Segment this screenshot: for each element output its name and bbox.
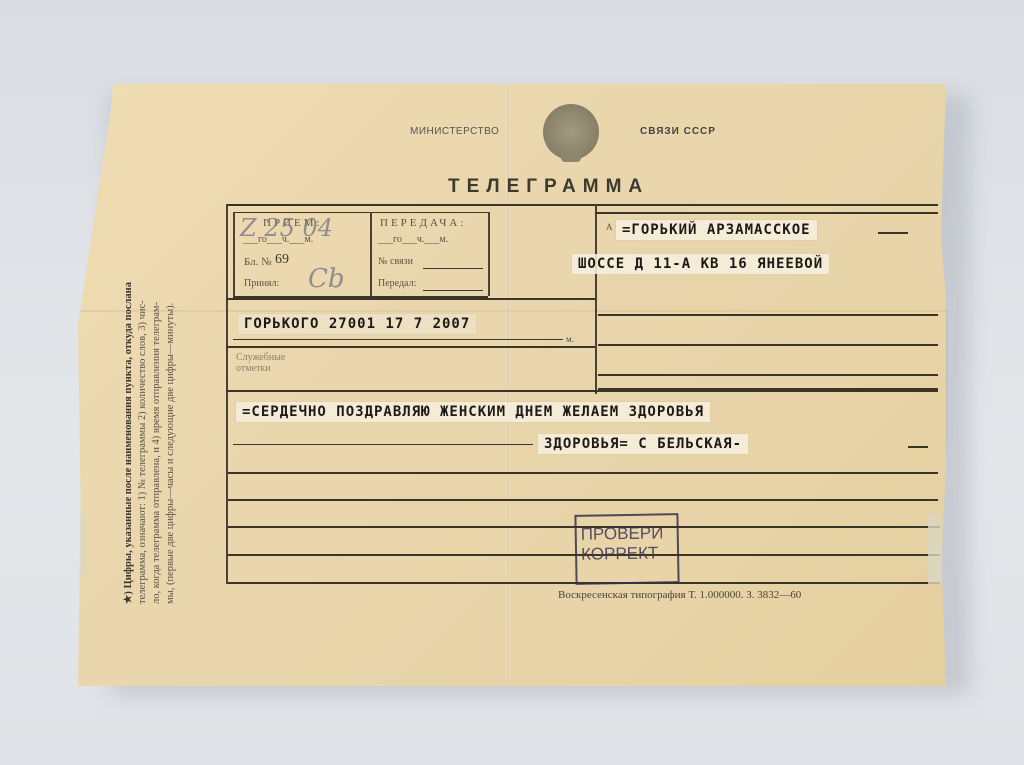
address-marker: А: [606, 222, 613, 232]
transmission-time-line: ___го___ч.___м.: [378, 234, 448, 245]
ussr-coat-of-arms-icon: [543, 104, 599, 160]
stamp-line-1: ПРОВЕРИ: [581, 523, 673, 545]
message-dash-end: [908, 446, 928, 448]
origin-minutes-suffix: м.: [566, 334, 574, 344]
footnote-line-1: ★) Цифры, указанные после наименования п…: [122, 184, 136, 604]
blank-number: 69: [275, 252, 289, 268]
connection-underline: [423, 268, 483, 269]
accepted-signature: Cb: [308, 264, 345, 294]
message-rule-1: [233, 444, 533, 445]
side-footnote: ★) Цифры, указанные после наименования п…: [122, 184, 178, 604]
footnote-lead: ) Цифры, указанные после наименования пу…: [123, 282, 134, 595]
origin-line: ГОРЬКОГО 27001 17 7 2007: [238, 314, 476, 334]
service-notes-label: Служебные отметки: [236, 352, 285, 374]
telegram-form: МИНИСТЕРСТВО СВЯЗИ СССР ТЕЛЕГРАММА ПРИЕМ…: [78, 84, 946, 686]
receipt-time-line: ___го___ч.___м.: [243, 234, 313, 245]
ministry-label: МИНИСТЕРСТВО: [410, 126, 499, 137]
receipt-box-divider: [370, 212, 372, 296]
top-rule: [226, 204, 938, 206]
star-icon: ★: [123, 595, 134, 604]
tape-remnant-right: [928, 514, 942, 584]
receipt-box-top: [233, 212, 488, 213]
address-line-1: =ГОРЬКИЙ АРЗАМАССКОЕ: [616, 220, 817, 240]
stamp-line-2: КОРРЕКТ: [581, 543, 673, 565]
fold-crease-vertical: [506, 84, 508, 686]
message-rule-2: [228, 472, 938, 474]
printer-imprint: Воскресенская типография Т. 1.000000. З.…: [558, 589, 801, 601]
tape-remnant-left: [78, 514, 86, 574]
transmission-title: ПЕРЕДАЧА:: [380, 217, 466, 229]
service-notes-line-1: Служебные: [236, 352, 285, 363]
footnote-line-3: ло, когда телеграмма отправлена, и 4) вр…: [150, 184, 164, 604]
connection-label: № связи: [378, 256, 413, 267]
sent-label: Передал:: [378, 278, 416, 289]
ministry-name: СВЯЗИ СССР: [640, 126, 716, 137]
page-title: ТЕЛЕГРАММА: [448, 176, 649, 198]
sent-underline: [423, 290, 483, 291]
footnote-line-2: телеграмма, означают: 1) № телеграммы 2)…: [136, 184, 150, 604]
address-dash-1: [878, 232, 908, 234]
origin-underline: [233, 339, 563, 340]
message-line-1: =СЕРДЕЧНО ПОЗДРАВЛЯЮ ЖЕНСКИМ ДНЕМ ЖЕЛАЕМ…: [236, 402, 710, 422]
origin-bottom-rule: [226, 346, 595, 348]
accepted-label: Принял:: [244, 278, 279, 289]
receipt-box-left: [233, 212, 235, 296]
receipt-box-right: [488, 212, 490, 296]
middle-frame-rule: [595, 204, 597, 394]
address-rule-2: [598, 344, 938, 346]
address-top-rule: [595, 212, 938, 214]
footnote-line-4: мы, (первые две цифры—часы и следующие д…: [164, 184, 178, 604]
message-line-2: ЗДОРОВЬЯ= С БЕЛЬСКАЯ-: [538, 434, 748, 454]
blank-label: Бл. №: [244, 256, 272, 268]
origin-top-rule: [226, 298, 595, 300]
fold-crease-horizontal: [78, 310, 946, 312]
address-line-2: ШОССЕ Д 11-А КВ 16 ЯНЕЕВОЙ: [572, 254, 829, 274]
proofread-stamp: ПРОВЕРИ КОРРЕКТ: [574, 513, 679, 585]
message-rule-3: [228, 499, 938, 501]
address-rule-3: [598, 374, 938, 376]
address-rule-1: [598, 314, 938, 316]
service-notes-line-2: отметки: [236, 363, 285, 374]
message-top-rule: [226, 390, 938, 392]
